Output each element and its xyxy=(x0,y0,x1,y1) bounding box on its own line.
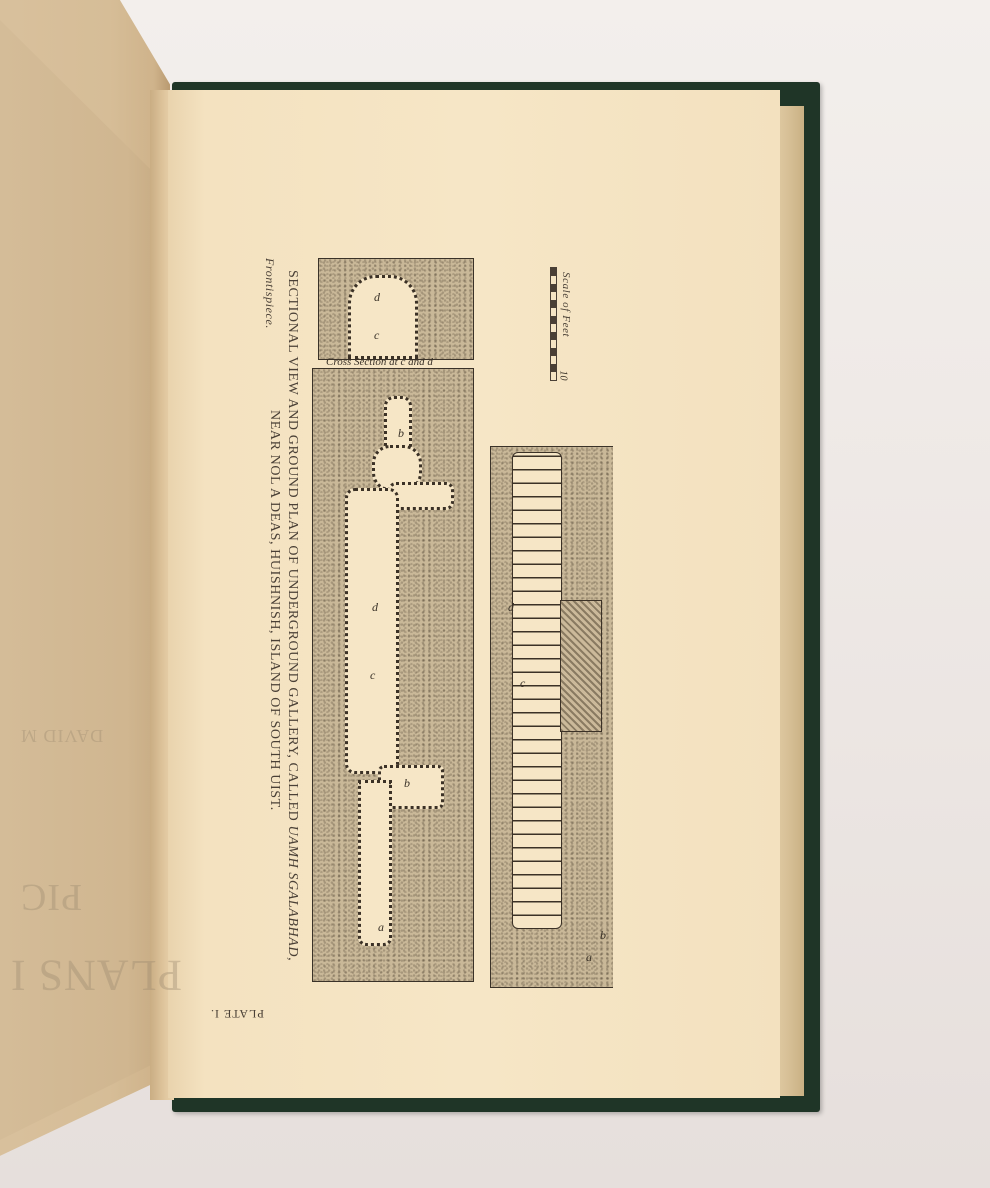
scale-tick-10: 10 xyxy=(558,371,569,381)
show-through-text: DAVID M xyxy=(20,725,103,746)
plan-letter: c xyxy=(370,668,375,683)
cross-section-label: Cross Section at c and d xyxy=(326,356,433,368)
show-through-text: PIC xyxy=(20,875,82,919)
plan-letter: b xyxy=(398,426,404,441)
plan-letter: b xyxy=(404,776,410,791)
right-page xyxy=(168,90,780,1098)
cross-section-void xyxy=(348,275,418,359)
plan-letter: a xyxy=(378,920,384,935)
sectional-view-hatched-stones xyxy=(560,600,602,732)
caption-line-2: NEAR NOL A DEAS, HUISHNISH, ISLAND OF SO… xyxy=(266,410,282,811)
ground-plan-lower-passage xyxy=(358,780,392,946)
frontispiece-label: Frontispiece. xyxy=(262,258,277,329)
section-letter: c xyxy=(520,676,525,691)
caption-gallery-name: UAMH SGALABHAD, xyxy=(285,825,300,961)
scale-bar xyxy=(550,267,557,381)
plan-letter: d xyxy=(372,600,378,615)
show-through-text: PLANS I xyxy=(10,950,182,1001)
cross-section-letter-c: c xyxy=(374,328,379,343)
section-letter: a xyxy=(586,950,592,965)
plate-number: PLATE I. xyxy=(210,1006,264,1021)
section-letter: b xyxy=(600,928,606,943)
section-letter: d xyxy=(508,600,514,615)
ground-plan-main-passage xyxy=(345,488,399,774)
scale-label: Scale of Feet xyxy=(560,272,572,337)
caption-line-1: SECTIONAL VIEW AND GROUND PLAN OF UNDERG… xyxy=(284,270,300,961)
cross-section-letter-d: d xyxy=(374,290,380,305)
